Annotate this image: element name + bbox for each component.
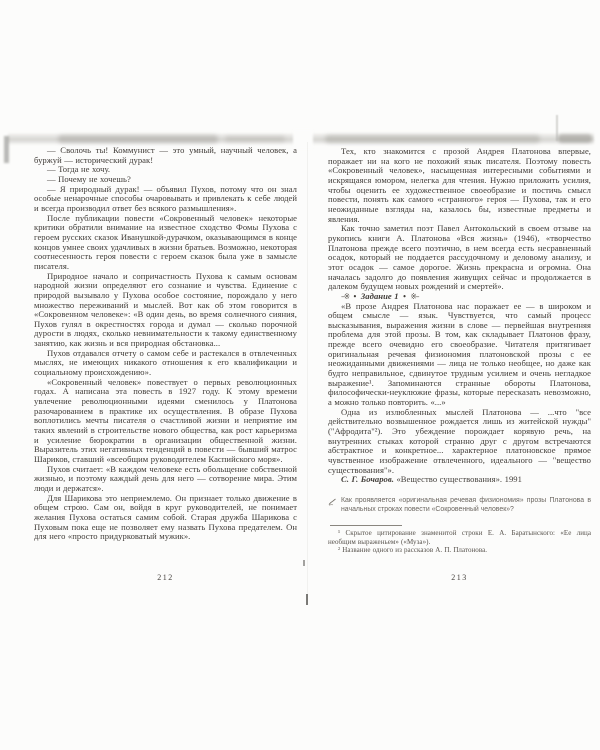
dialogue-line: — Сволочь ты! Коммунист — это умный, нау… [34,146,297,165]
bullet-ornament: • [401,292,408,301]
paragraph: «Сокровенный человек» повествует о первы… [34,378,297,465]
page-number-left: 212 [34,573,297,582]
paragraph: После публикации повести «Сокровенный че… [34,214,297,272]
question-text: Как проявляется «оригинальная речевая фи… [341,497,591,514]
book-scan-spread: { "left_page": { "page_number": "212", "… [0,0,600,750]
attribution: С. Г. Бочаров. «Вещество существования».… [328,475,591,485]
scan-shadow-patch [558,134,592,143]
flourish-ornament-right: ※– [410,292,418,301]
page-gutter-line [307,142,308,604]
scan-shadow-patch [58,135,218,143]
left-page: — Сволочь ты! Коммунист — это умный, нау… [34,146,297,542]
page-number-right: 213 [328,573,591,582]
task-question: Как проявляется «оригинальная речевая фи… [328,497,591,514]
footnote: ¹ Скрытое цитирование знаменитой строки … [328,529,591,546]
bullet-ornament: • [352,292,359,301]
right-page: Тех, кто знакомится с прозой Андрея Плат… [328,147,591,555]
paragraph: Пухов отдавался отчету о самом себе и ра… [34,349,297,378]
quote-paragraph: «В прозе Андрея Платонова нас поражает е… [328,302,591,408]
scan-shadow-patch [225,136,285,142]
footnote-block: ¹ Скрытое цитирование знаменитой строки … [328,525,591,555]
task-title: Задание 1 [361,291,399,301]
quote-paragraph: Одна из излюбленных мыслей Платонова — .… [328,408,591,476]
paragraph: Тех, кто знакомится с прозой Андрея Плат… [328,147,591,224]
scan-gutter-mark [306,594,308,605]
scan-shadow-patch [325,135,540,143]
paragraph: Как точно заметил поэт Павел Антокольски… [328,224,591,292]
scan-shadow-band [8,133,594,145]
paragraph: Пухов считает: «В каждом человеке есть о… [34,465,297,494]
footnote: ² Название одного из рассказов А. П. Пла… [328,546,591,555]
scan-gutter-mark [303,560,305,566]
paragraph: Природное начало и сопричастность Пухова… [34,272,297,349]
attribution-author: С. Г. Бочаров. [341,474,394,484]
footnote-rule [330,525,402,526]
scan-edge-mark [556,115,558,141]
pencil-icon [328,498,337,510]
scan-edge-mark [4,136,9,163]
paragraph: Для Шарикова это неприемлемо. Он признае… [34,494,297,542]
flourish-ornament-left: –※ [341,292,349,301]
dialogue-line: — Я природный дурак! — объявил Пухов, по… [34,185,297,214]
attribution-work: «Вещество существования». 1991 [396,474,522,484]
